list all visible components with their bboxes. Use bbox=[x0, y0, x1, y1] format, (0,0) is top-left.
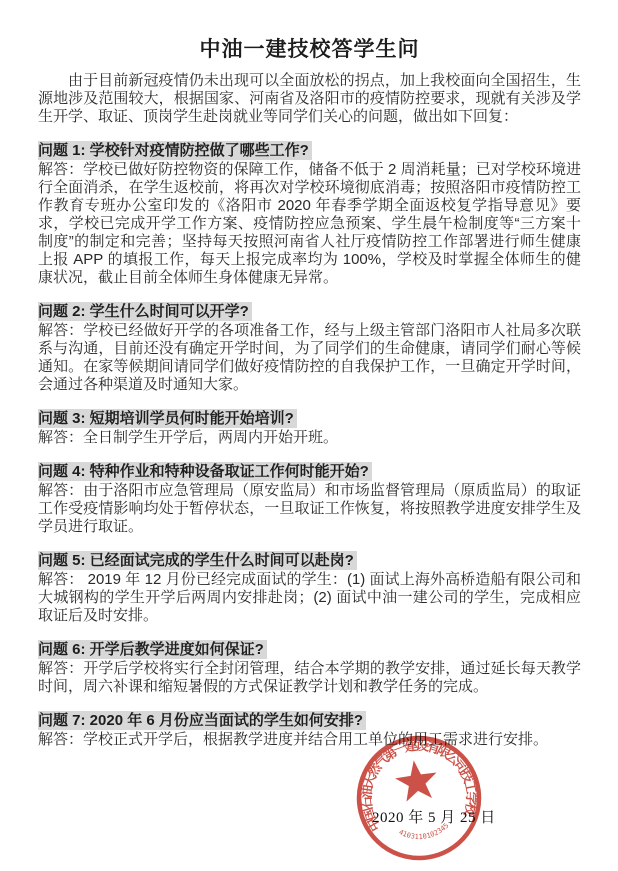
qa-section: 问题 1: 学校针对疫情防控做了哪些工作?解答：学校已做好防控物资的保障工作，储… bbox=[38, 141, 581, 287]
question-highlight: 问题 7: 2020 年 6 月份应当面试的学生如何安排? bbox=[38, 711, 366, 730]
qa-list: 问题 1: 学校针对疫情防控做了哪些工作?解答：学校已做好防控物资的保障工作，储… bbox=[38, 141, 581, 749]
question-highlight: 问题 6: 开学后教学进度如何保证? bbox=[38, 640, 267, 659]
question-heading: 问题 2: 学生什么时间可以开学? bbox=[38, 302, 581, 321]
answer-paragraph: 解答：由于洛阳市应急管理局（原安监局）和市场监督管理局（原质监局）的取证工作受疫… bbox=[38, 482, 581, 536]
qa-section: 问题 7: 2020 年 6 月份应当面试的学生如何安排?解答：学校正式开学后，… bbox=[38, 711, 581, 749]
answer-paragraph: 解答：学校已做好防控物资的保障工作，储备不低于 2 周消耗量；已对学校环境进行全… bbox=[38, 161, 581, 287]
qa-section: 问题 2: 学生什么时间可以开学?解答：学校已经做好开学的各项准备工作，经与上级… bbox=[38, 302, 581, 394]
document-page: 中油一建技校答学生问 由于目前新冠疫情仍未出现可以全面放松的拐点，加上我校面向全… bbox=[0, 0, 618, 871]
question-highlight: 问题 3: 短期培训学员何时能开始培训? bbox=[38, 409, 297, 428]
question-heading: 问题 4: 特种作业和特种设备取证工作何时能开始? bbox=[38, 462, 581, 481]
answer-paragraph: 解答：全日制学生开学后，两周内开始开班。 bbox=[38, 429, 581, 447]
seal-ring bbox=[351, 730, 487, 866]
answer-paragraph: 解答： 2019 年 12 月份已经完成面试的学生：(1) 面试上海外高桥造船有… bbox=[38, 571, 581, 625]
answer-paragraph: 解答：学校已经做好开学的各项准备工作，经与上级主管部门洛阳市人社局多次联系与沟通… bbox=[38, 322, 581, 394]
question-heading: 问题 1: 学校针对疫情防控做了哪些工作? bbox=[38, 141, 581, 160]
answer-paragraph: 解答：开学后学校将实行全封闭管理，结合本学期的教学安排，通过延长每天教学时间，周… bbox=[38, 660, 581, 696]
document-content: 中油一建技校答学生问 由于目前新冠疫情仍未出现可以全面放松的拐点，加上我校面向全… bbox=[38, 0, 581, 749]
qa-section: 问题 5: 已经面试完成的学生什么时间可以赴岗?解答： 2019 年 12 月份… bbox=[38, 551, 581, 625]
question-heading: 问题 6: 开学后教学进度如何保证? bbox=[38, 640, 581, 659]
question-heading: 问题 5: 已经面试完成的学生什么时间可以赴岗? bbox=[38, 551, 581, 570]
question-highlight: 问题 1: 学校针对疫情防控做了哪些工作? bbox=[38, 141, 312, 160]
question-heading: 问题 3: 短期培训学员何时能开始培训? bbox=[38, 409, 581, 428]
stamp-date: 2020 年 5 月 25 日 bbox=[372, 806, 496, 827]
intro-paragraph: 由于目前新冠疫情仍未出现可以全面放松的拐点，加上我校面向全国招生，生源地涉及范围… bbox=[38, 72, 581, 126]
star-icon bbox=[393, 757, 440, 802]
question-highlight: 问题 5: 已经面试完成的学生什么时间可以赴岗? bbox=[38, 551, 357, 570]
answer-paragraph: 解答：学校正式开学后，根据教学进度并结合用工单位的用工需求进行安排。 bbox=[38, 731, 581, 749]
question-highlight: 问题 4: 特种作业和特种设备取证工作何时能开始? bbox=[38, 462, 372, 481]
question-heading: 问题 7: 2020 年 6 月份应当面试的学生如何安排? bbox=[38, 711, 581, 730]
qa-section: 问题 3: 短期培训学员何时能开始培训?解答：全日制学生开学后，两周内开始开班。 bbox=[38, 409, 581, 447]
qa-section: 问题 6: 开学后教学进度如何保证?解答：开学后学校将实行全封闭管理，结合本学期… bbox=[38, 640, 581, 696]
question-highlight: 问题 2: 学生什么时间可以开学? bbox=[38, 302, 252, 321]
qa-section: 问题 4: 特种作业和特种设备取证工作何时能开始?解答：由于洛阳市应急管理局（原… bbox=[38, 462, 581, 536]
page-title: 中油一建技校答学生问 bbox=[38, 33, 581, 63]
